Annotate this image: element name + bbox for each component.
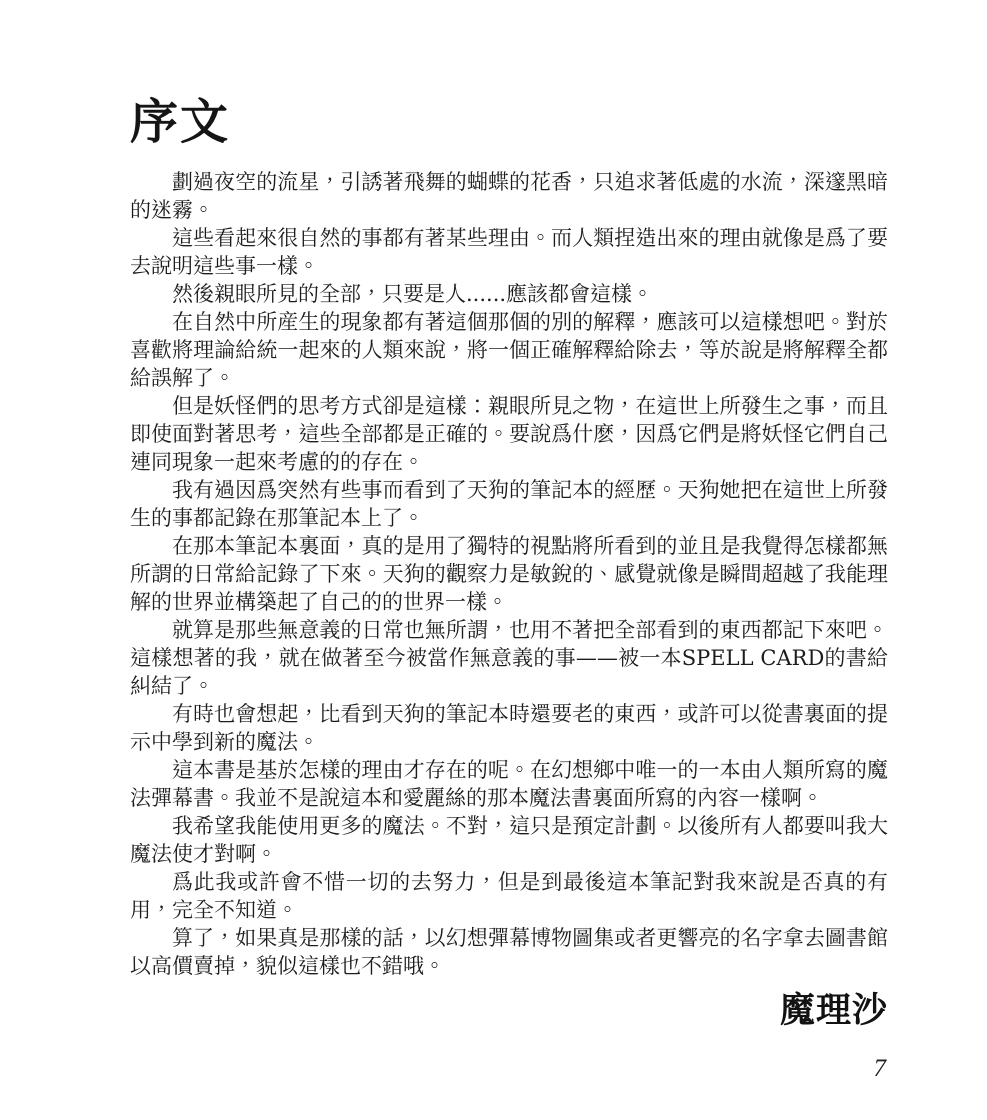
book-page: 序文 劃過夜空的流星，引誘著飛舞的蝴蝶的花香，只追求著低處的水流，深邃黑暗的迷霧… <box>0 0 987 1120</box>
paragraph: 算了，如果真是那樣的話，以幻想彈幕博物圖集或者更響亮的名字拿去圖書館以高價賣掉，… <box>130 924 888 980</box>
paragraph: 這些看起來很自然的事都有著某些理由。而人類捏造出來的理由就像是爲了要去說明這些事… <box>130 224 888 280</box>
paragraph: 爲此我或許會不惜一切的去努力，但是到最後這本筆記對我來說是否真的有用，完全不知道… <box>130 868 888 924</box>
paragraph: 有時也會想起，比看到天狗的筆記本時還要老的東西，或許可以從書裏面的提示中學到新的… <box>130 700 888 756</box>
page-number: 7 <box>130 1056 888 1082</box>
paragraph: 在那本筆記本裏面，真的是用了獨特的視點將所看到的並且是我覺得怎樣都無所謂的日常給… <box>130 532 888 616</box>
author-signature: 魔理沙 <box>130 992 888 1030</box>
paragraph: 但是妖怪們的思考方式卻是這樣：親眼所見之物，在這世上所發生之事，而且即使面對著思… <box>130 392 888 476</box>
preface-body: 劃過夜空的流星，引誘著飛舞的蝴蝶的花香，只追求著低處的水流，深邃黑暗的迷霧。這些… <box>130 168 888 980</box>
page-title: 序文 <box>130 96 888 148</box>
page-content: 序文 劃過夜空的流星，引誘著飛舞的蝴蝶的花香，只追求著低處的水流，深邃黑暗的迷霧… <box>130 96 888 1082</box>
paragraph: 在自然中所産生的現象都有著這個那個的別的解釋，應該可以這樣想吧。對於喜歡將理論給… <box>130 308 888 392</box>
paragraph: 就算是那些無意義的日常也無所謂，也用不著把全部看到的東西都記下來吧。這樣想著的我… <box>130 616 888 700</box>
paragraph: 我有過因爲突然有些事而看到了天狗的筆記本的經歷。天狗她把在這世上所發生的事都記錄… <box>130 476 888 532</box>
paragraph: 這本書是基於怎樣的理由才存在的呢。在幻想鄉中唯一的一本由人類所寫的魔法彈幕書。我… <box>130 756 888 812</box>
paragraph: 然後親眼所見的全部，只要是人......應該都會這樣。 <box>130 280 888 308</box>
paragraph: 劃過夜空的流星，引誘著飛舞的蝴蝶的花香，只追求著低處的水流，深邃黑暗的迷霧。 <box>130 168 888 224</box>
paragraph: 我希望我能使用更多的魔法。不對，這只是預定計劃。以後所有人都要叫我大魔法使才對啊… <box>130 812 888 868</box>
